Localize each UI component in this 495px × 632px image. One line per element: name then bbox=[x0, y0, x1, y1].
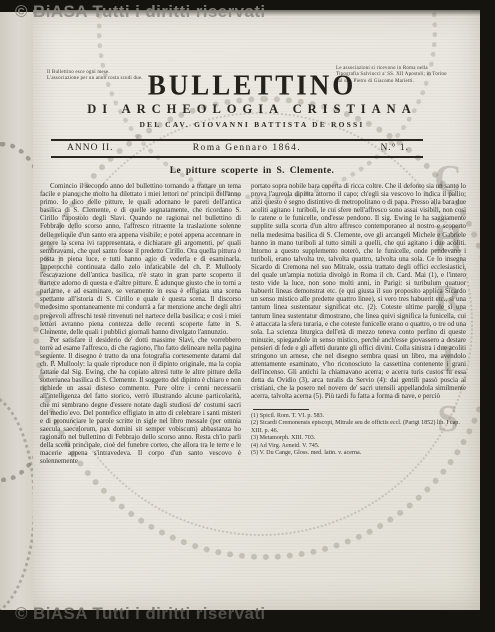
journal-subtitle: DI ARCHEOLOGIA CRISTIANA bbox=[40, 102, 464, 117]
footnote: (4) Ad Virg. Aeneid. V. 745. bbox=[251, 443, 466, 451]
watermark-bottom: © BiASA Tutti i diritti riservati bbox=[15, 604, 266, 624]
journal-title: BULLETTINO bbox=[40, 69, 464, 102]
paragraph: Per satisfare il desiderio de' dotti mas… bbox=[40, 337, 241, 467]
footnote: (5) V. Du Cange, Gloss. med. latin. v. a… bbox=[251, 450, 466, 458]
journal-author-line: DEL CAV. GIOVANNI BATTISTA DE ROSSI bbox=[40, 120, 464, 129]
paragraph: portato sopra nobile bara coperta di ric… bbox=[251, 183, 466, 402]
issue-band: ANNO II. Roma Gennaro 1864. N.° 1. bbox=[51, 139, 423, 158]
issue-place-date: Roma Gennaro 1864. bbox=[193, 143, 302, 153]
article-title: Le pitture scoperte in S. Clemente. bbox=[40, 166, 464, 176]
footnote: (2) Sicardi Cremonensis episcopi, Mitral… bbox=[251, 420, 466, 435]
issue-number: N.° 1. bbox=[380, 143, 409, 153]
paragraph: Comincio il secondo anno del bullettino … bbox=[40, 183, 241, 337]
issue-year: ANNO II. bbox=[67, 143, 114, 153]
footnote: (1) Spicil. Rom. T. VI. p. 583. bbox=[251, 413, 466, 421]
right-column: portato sopra nobile bara coperta di ric… bbox=[251, 183, 466, 466]
journal-page: CHRIS Il Bullettino esce ogni mese. L'as… bbox=[33, 10, 480, 610]
watermark-top: © BiASA Tutti i diritti riservati bbox=[15, 2, 266, 22]
left-column: Comincio il secondo anno del bullettino … bbox=[40, 183, 241, 466]
footnotes: (1) Spicil. Rom. T. VI. p. 583. (2) Sica… bbox=[251, 413, 466, 458]
footnote: (3) Metamorph. XIII. 703. bbox=[251, 435, 466, 443]
facing-page-edge bbox=[0, 12, 34, 610]
article-body: Comincio il secondo anno del bullettino … bbox=[40, 183, 466, 466]
footnote-divider bbox=[253, 409, 309, 410]
